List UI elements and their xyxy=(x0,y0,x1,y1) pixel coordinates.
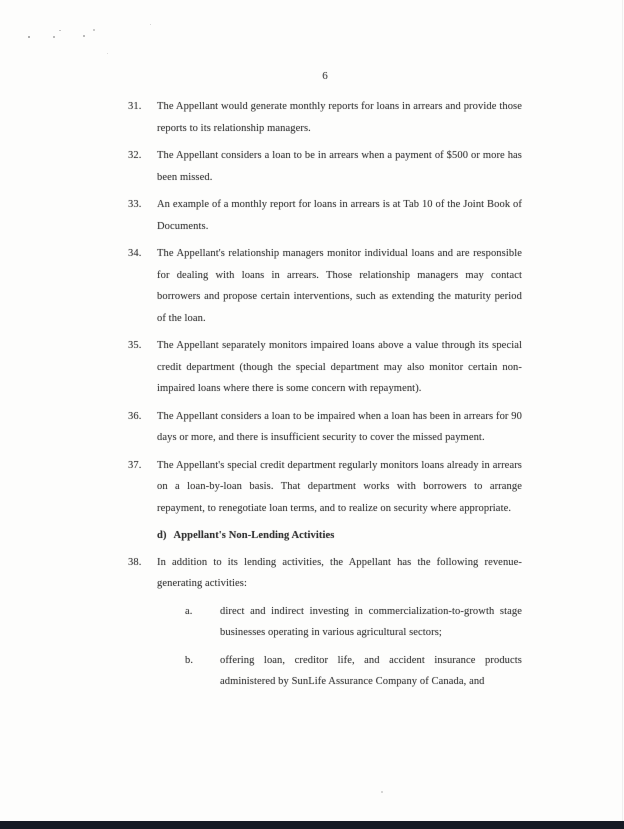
paragraph-text: In addition to its lending activities, t… xyxy=(157,552,522,595)
paragraph-text: The Appellant would generate monthly rep… xyxy=(157,96,522,139)
scan-edge-line xyxy=(622,0,623,829)
sub-item-letter: a. xyxy=(185,601,220,644)
paragraph-number: 31. xyxy=(128,96,157,139)
section-heading-marker: d) xyxy=(157,530,167,541)
bottom-scan-bar xyxy=(0,821,624,829)
scan-speck xyxy=(28,36,30,38)
document-body: 31. The Appellant would generate monthly… xyxy=(128,96,522,699)
document-page: 6 31. The Appellant would generate month… xyxy=(0,0,624,829)
paragraph-32: 32. The Appellant considers a loan to be… xyxy=(128,145,522,188)
sub-item-letter: b. xyxy=(185,650,220,693)
paragraph-31: 31. The Appellant would generate monthly… xyxy=(128,96,522,139)
paragraph-number: 32. xyxy=(128,145,157,188)
paragraph-text: The Appellant considers a loan to be imp… xyxy=(157,406,522,449)
scan-speck xyxy=(381,791,383,793)
paragraph-number: 33. xyxy=(128,194,157,237)
paragraph-33: 33. An example of a monthly report for l… xyxy=(128,194,522,237)
paragraph-number: 35. xyxy=(128,335,157,400)
paragraph-number: 36. xyxy=(128,406,157,449)
paragraph-number: 37. xyxy=(128,455,157,520)
scan-speck xyxy=(107,53,108,54)
paragraph-35: 35. The Appellant separately monitors im… xyxy=(128,335,522,400)
sub-item-a: a. direct and indirect investing in comm… xyxy=(185,601,522,644)
paragraph-37: 37. The Appellant's special credit depar… xyxy=(128,455,522,520)
paragraph-text: The Appellant considers a loan to be in … xyxy=(157,145,522,188)
scan-speck xyxy=(93,29,95,31)
sub-item-text: offering loan, creditor life, and accide… xyxy=(220,650,522,693)
scan-speck xyxy=(59,30,61,31)
paragraph-text: The Appellant separately monitors impair… xyxy=(157,335,522,400)
paragraph-34: 34. The Appellant's relationship manager… xyxy=(128,243,522,329)
paragraph-number: 34. xyxy=(128,243,157,329)
sub-item-b: b. offering loan, creditor life, and acc… xyxy=(185,650,522,693)
paragraph-text: The Appellant's special credit departmen… xyxy=(157,455,522,520)
paragraph-36: 36. The Appellant considers a loan to be… xyxy=(128,406,522,449)
section-heading-non-lending-activities: d)Appellant's Non-Lending Activities xyxy=(157,525,522,547)
scan-speck xyxy=(150,24,151,25)
scan-speck xyxy=(53,36,55,38)
section-heading-title: Appellant's Non-Lending Activities xyxy=(174,530,335,541)
paragraph-text: The Appellant's relationship managers mo… xyxy=(157,243,522,329)
page-number: 6 xyxy=(128,70,522,82)
paragraph-38: 38. In addition to its lending activitie… xyxy=(128,552,522,595)
scan-speck xyxy=(83,35,85,37)
sub-item-text: direct and indirect investing in commerc… xyxy=(220,601,522,644)
paragraph-number: 38. xyxy=(128,552,157,595)
paragraph-text: An example of a monthly report for loans… xyxy=(157,194,522,237)
